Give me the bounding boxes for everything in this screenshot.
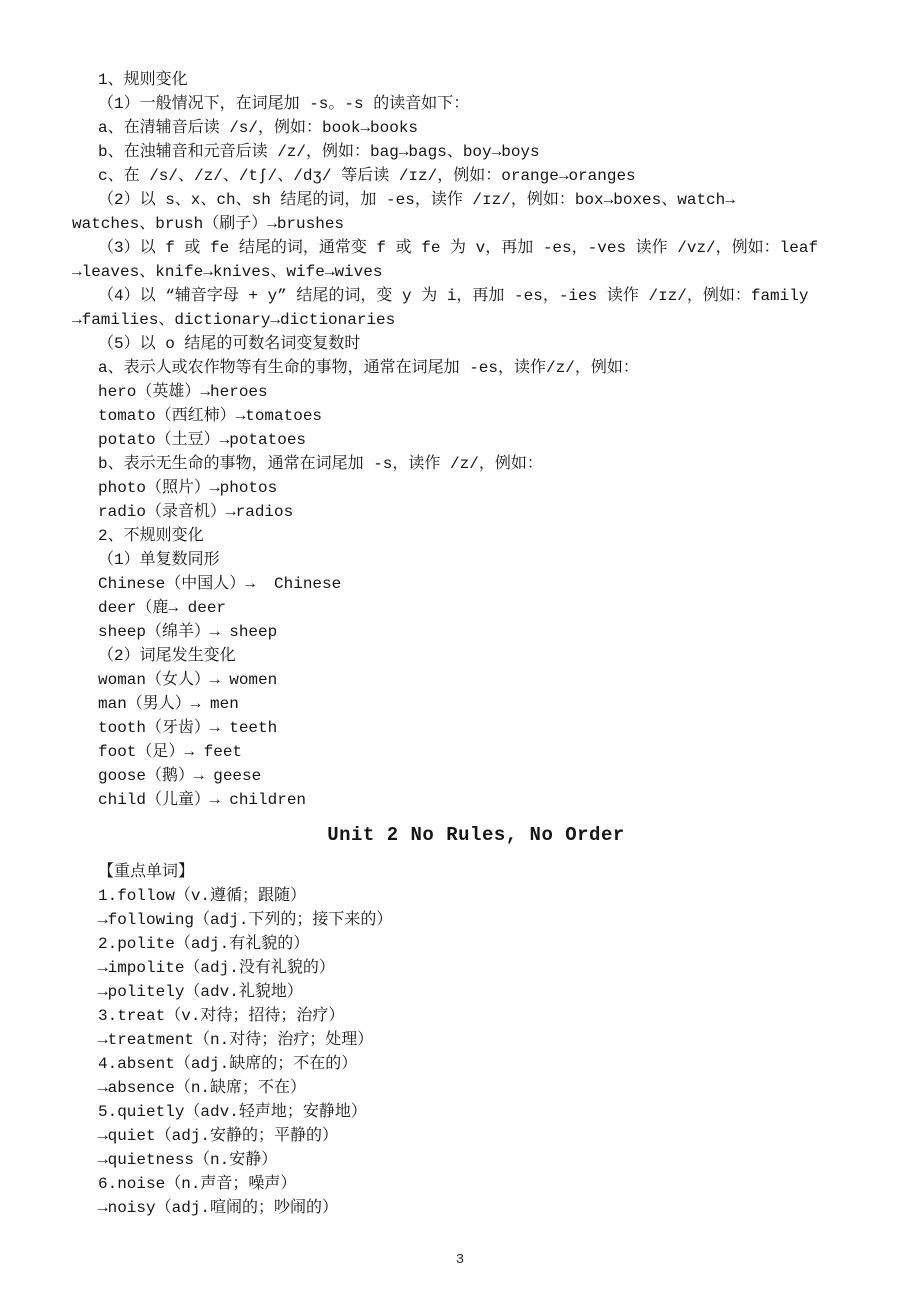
rules-line: b、表示无生命的事物，通常在词尾加 -s，读作 /z/，例如： xyxy=(72,452,880,476)
rules-line: goose（鹅）→ geese xyxy=(72,764,880,788)
rules-line: hero（英雄）→heroes xyxy=(72,380,880,404)
rules-line-continuation: →families、dictionary→dictionaries xyxy=(72,308,880,332)
rules-line: photo（照片）→photos xyxy=(72,476,880,500)
vocab-section-header: 【重点单词】 xyxy=(72,860,880,884)
rules-line: foot（足）→ feet xyxy=(72,740,880,764)
rules-line: sheep（绵羊）→ sheep xyxy=(72,620,880,644)
vocab-line: 1.follow（v.遵循；跟随） xyxy=(72,884,880,908)
rules-line-continuation: watches、brush（刷子）→brushes xyxy=(72,212,880,236)
document-content: 1、规则变化 （1）一般情况下，在词尾加 -s。-s 的读音如下： a、在清辅音… xyxy=(0,0,920,1220)
vocab-line: →impolite（adj.没有礼貌的） xyxy=(72,956,880,980)
rules-line: （1）一般情况下，在词尾加 -s。-s 的读音如下： xyxy=(72,92,880,116)
rules-line: （3）以 f 或 fe 结尾的词，通常变 f 或 fe 为 v，再加 -es，-… xyxy=(72,236,880,260)
rules-line: （5）以 o 结尾的可数名词变复数时 xyxy=(72,332,880,356)
vocab-line: 4.absent（adj.缺席的；不在的） xyxy=(72,1052,880,1076)
rules-line: （4）以 “辅音字母 + y” 结尾的词，变 y 为 i，再加 -es，-ies… xyxy=(72,284,880,308)
rules-line: man（男人）→ men xyxy=(72,692,880,716)
vocab-line: →treatment（n.对待；治疗；处理） xyxy=(72,1028,880,1052)
vocab-line: →quiet（adj.安静的；平静的） xyxy=(72,1124,880,1148)
vocab-line: →quietness（n.安静） xyxy=(72,1148,880,1172)
rules-line: （1）单复数同形 xyxy=(72,548,880,572)
rules-line: 2、不规则变化 xyxy=(72,524,880,548)
vocab-line: →absence（n.缺席；不在） xyxy=(72,1076,880,1100)
rules-line: tooth（牙齿）→ teeth xyxy=(72,716,880,740)
unit2-title: Unit 2 No Rules, No Order xyxy=(72,820,880,850)
rules-line-continuation: →leaves、knife→knives、wife→wives xyxy=(72,260,880,284)
document-page: 1、规则变化 （1）一般情况下，在词尾加 -s。-s 的读音如下： a、在清辅音… xyxy=(0,0,920,1302)
vocab-line: 5.quietly（adv.轻声地；安静地） xyxy=(72,1100,880,1124)
rules-line: potato（土豆）→potatoes xyxy=(72,428,880,452)
rules-line: b、在浊辅音和元音后读 /z/，例如：bag→bags、boy→boys xyxy=(72,140,880,164)
vocab-line: →noisy（adj.喧闹的；吵闹的） xyxy=(72,1196,880,1220)
rules-line: 1、规则变化 xyxy=(72,68,880,92)
rules-line: a、在清辅音后读 /s/，例如：book→books xyxy=(72,116,880,140)
plural-rules-section: 1、规则变化 （1）一般情况下，在词尾加 -s。-s 的读音如下： a、在清辅音… xyxy=(72,68,880,812)
rules-line: （2）词尾发生变化 xyxy=(72,644,880,668)
rules-line: child（儿童）→ children xyxy=(72,788,880,812)
vocab-line: →following（adj.下列的；接下来的） xyxy=(72,908,880,932)
rules-line: a、表示人或农作物等有生命的事物，通常在词尾加 -es，读作/z/，例如： xyxy=(72,356,880,380)
rules-line: （2）以 s、x、ch、sh 结尾的词，加 -es，读作 /ɪz/，例如：box… xyxy=(72,188,880,212)
rules-line: deer（鹿→ deer xyxy=(72,596,880,620)
rules-line: Chinese（中国人）→ Chinese xyxy=(72,572,880,596)
vocab-line: 2.polite（adj.有礼貌的） xyxy=(72,932,880,956)
rules-line: woman（女人）→ women xyxy=(72,668,880,692)
rules-line: c、在 /s/、/z/、/tʃ/、/dʒ/ 等后读 /ɪz/，例如：orange… xyxy=(72,164,880,188)
vocab-line: 6.noise（n.声音；噪声） xyxy=(72,1172,880,1196)
rules-line: tomato（西红柿）→tomatoes xyxy=(72,404,880,428)
rules-line: radio（录音机）→radios xyxy=(72,500,880,524)
vocab-line: 3.treat（v.对待；招待；治疗） xyxy=(72,1004,880,1028)
key-words-section: 【重点单词】 1.follow（v.遵循；跟随） →following（adj.… xyxy=(72,860,880,1220)
vocab-line: →politely（adv.礼貌地） xyxy=(72,980,880,1004)
page-number: 3 xyxy=(0,1252,920,1268)
